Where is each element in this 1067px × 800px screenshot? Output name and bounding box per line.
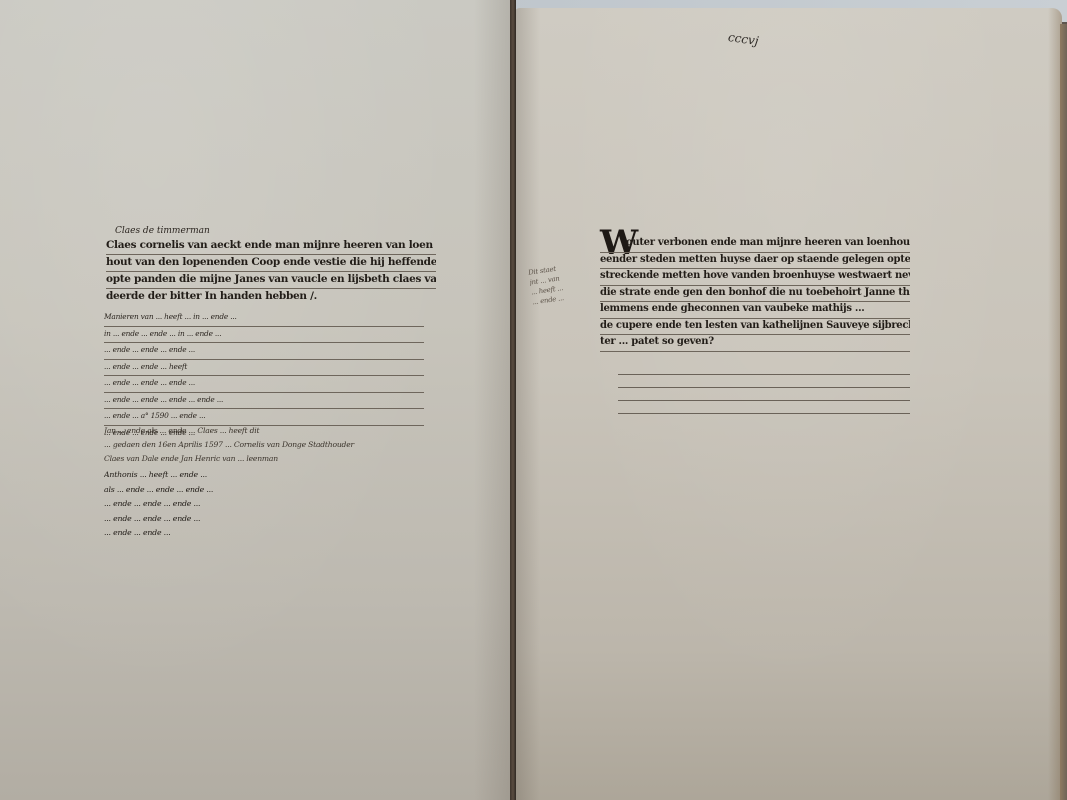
- ruled-line: [618, 375, 910, 388]
- note-line: Claes van Dale ende Jan Henric van ... l…: [104, 452, 484, 466]
- left-annotations-2: Jan ... ende als ... ende ... Claes ... …: [104, 424, 484, 466]
- note-line: in ... ende ... ende ... in ... ende ...: [104, 327, 424, 344]
- left-annotations-3: Anthonis ... heeft ... ende ... als ... …: [104, 468, 484, 541]
- text-line: opte panden die mijne Janes van vaucle e…: [106, 272, 436, 289]
- note-line: als ... ende ... ende ... ende ...: [104, 483, 484, 498]
- note-line: ... ende ... ende ... ende ...: [104, 497, 484, 512]
- ruled-line: [618, 401, 910, 414]
- right-main-entry: outer verbonen ende man mijnre heeren va…: [600, 236, 910, 352]
- note-line: ... ende ... ende ... ende ...: [104, 343, 424, 360]
- note-line: ... gedaen den 16en Aprilis 1597 ... Cor…: [104, 438, 484, 452]
- note-line: ... ende ... ende ... ende ... ende ...: [104, 393, 424, 410]
- note-line: ... ende ... ende ... ende ...: [104, 512, 484, 527]
- ruled-line: [618, 388, 910, 401]
- text-line: deerde der bitter In handen hebben /.: [106, 289, 436, 305]
- text-line: die strate ende gen den bonhof die nu to…: [600, 286, 910, 303]
- text-line: outer verbonen ende man mijnre heeren va…: [600, 236, 910, 253]
- note-line: ... ende ... ende ... heeft: [104, 360, 424, 377]
- blank-ruled-lines: [618, 362, 910, 414]
- note-line: ... ende ... ende ... ende ...: [104, 376, 424, 393]
- text-line: de cupere ende ten lesten van kathelijne…: [600, 319, 910, 336]
- ruled-line: [618, 362, 910, 375]
- page-edge: [1060, 24, 1067, 800]
- note-line: Jan ... ende als ... ende ... Claes ... …: [104, 424, 484, 438]
- note-line: ... ende ... ende ...: [104, 526, 484, 541]
- text-line: hout van den lopenenden Coop ende vestie…: [106, 255, 436, 272]
- left-main-entry: Claes cornelis van aeckt ende man mijnre…: [106, 238, 436, 305]
- note-line: Manieren van ... heeft ... in ... ende .…: [104, 310, 424, 327]
- text-line: streckende metten hove vanden broenhuyse…: [600, 269, 910, 286]
- text-line: Claes cornelis van aeckt ende man mijnre…: [106, 238, 436, 255]
- text-line: lemmens ende gheconnen van vaubeke mathi…: [600, 302, 910, 319]
- text-line: eender steden metten huyse daer op staen…: [600, 253, 910, 270]
- text-line: ter ... patet so geven?: [600, 335, 910, 352]
- left-annotations-1: Manieren van ... heeft ... in ... ende .…: [104, 310, 424, 441]
- left-heading-note: Claes de timmerman: [115, 226, 210, 236]
- note-line: Anthonis ... heeft ... ende ...: [104, 468, 484, 483]
- book-gutter: [510, 0, 516, 800]
